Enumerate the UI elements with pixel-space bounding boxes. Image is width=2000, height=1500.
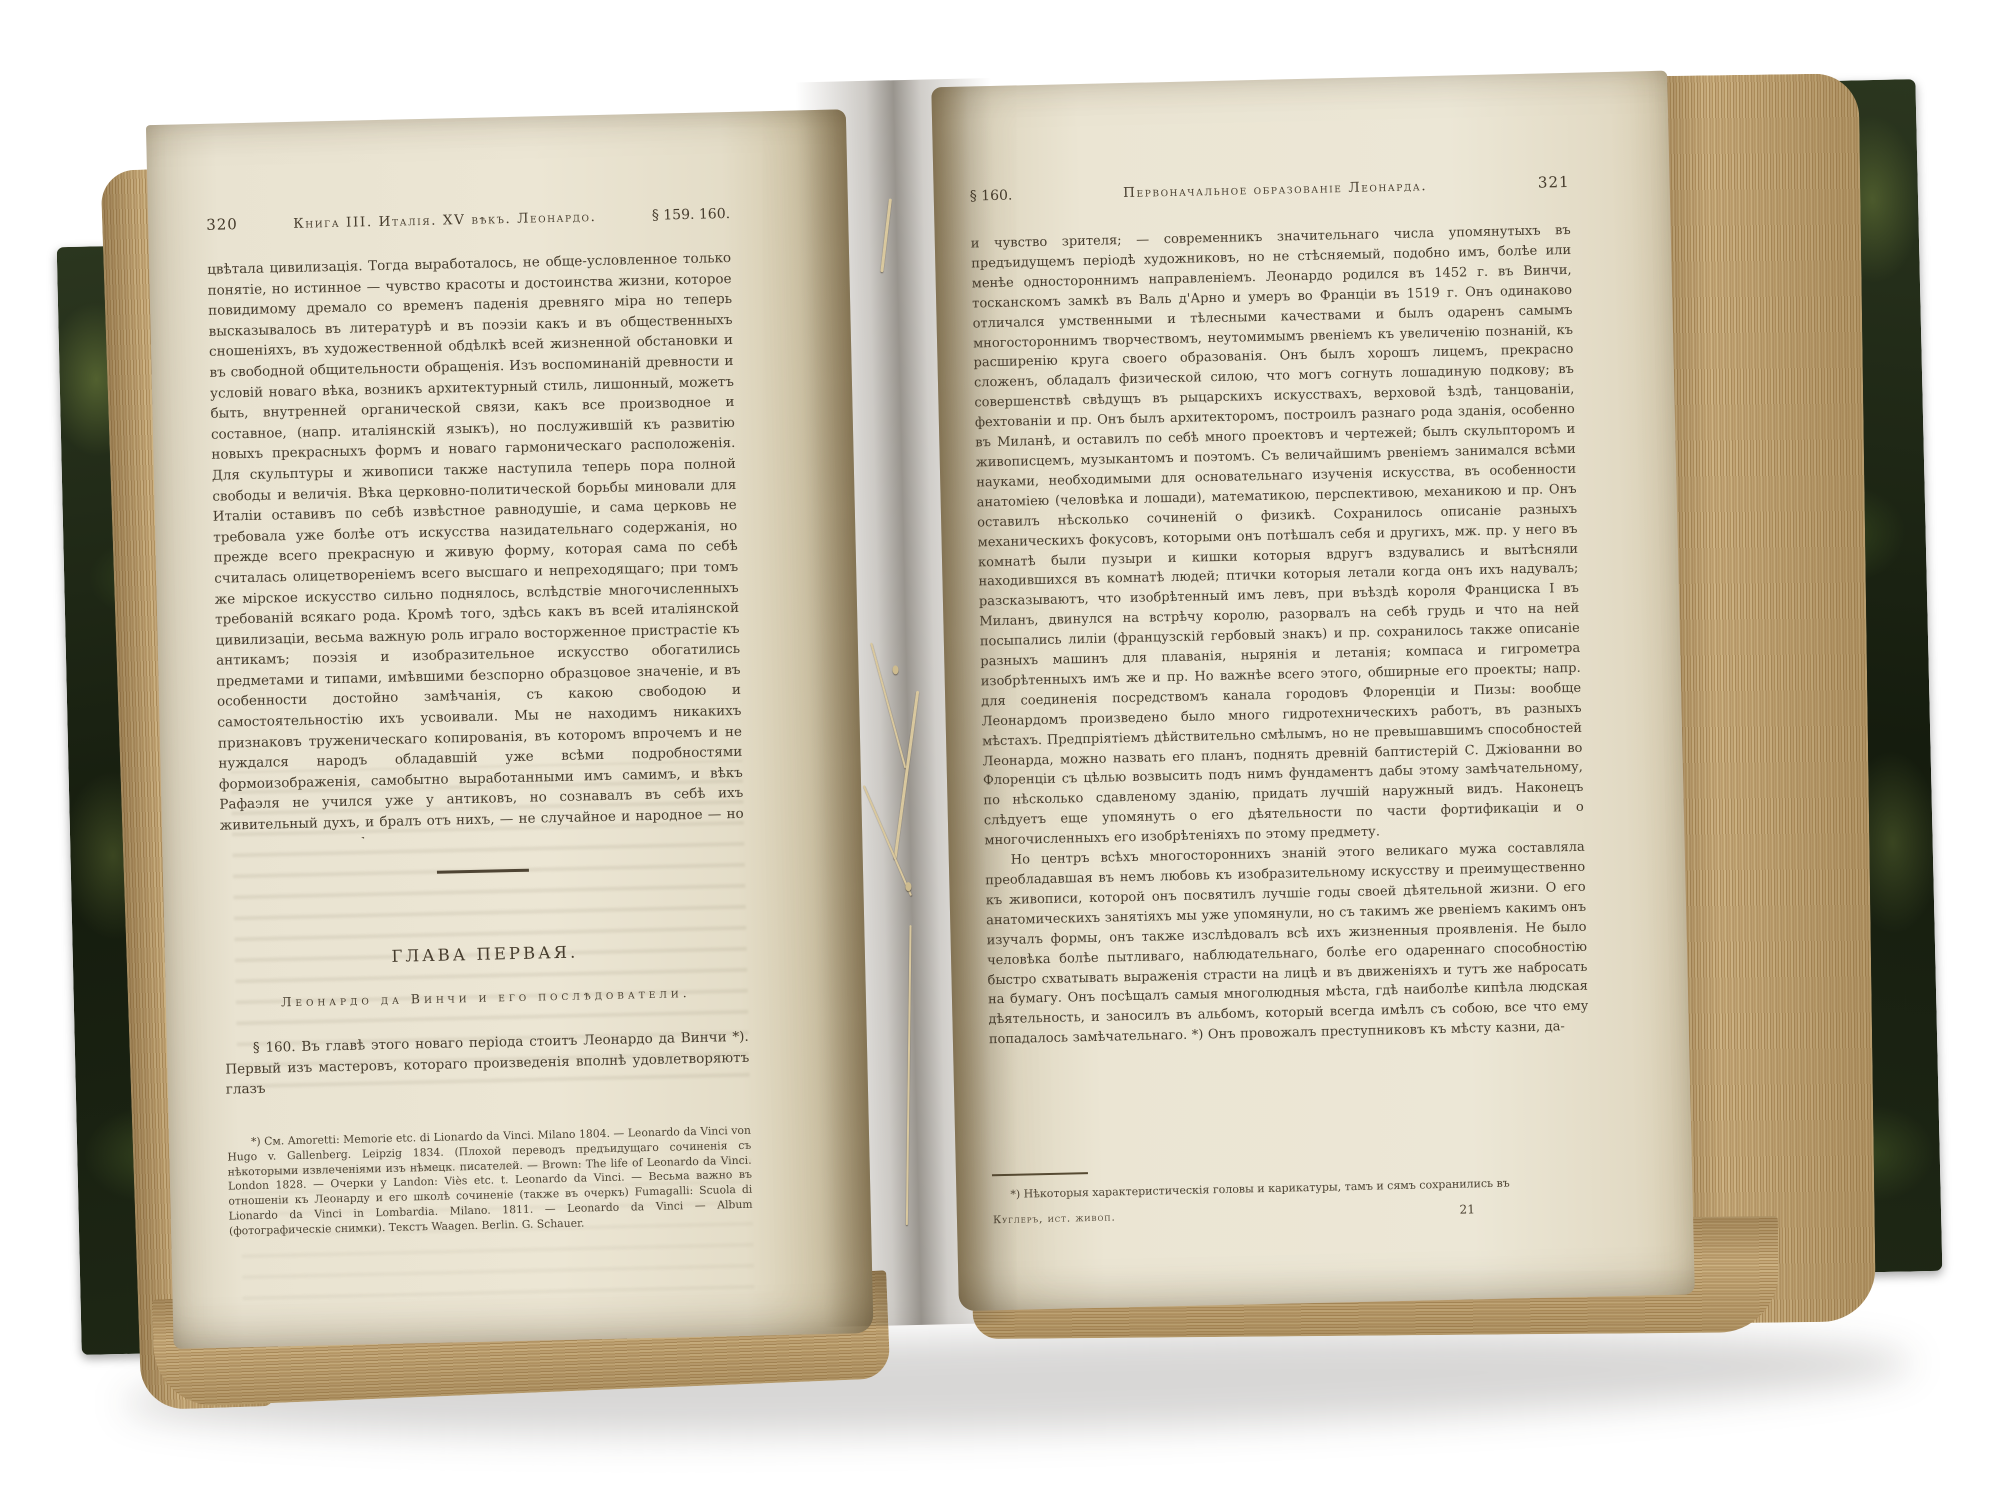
left-page: 320 Книга III. Италія. XV вѣкъ. Леонардо…	[146, 109, 874, 1349]
right-running-title: Первоначальное образованіе Леонарда.	[1123, 178, 1427, 201]
left-body-text: цвѣтала цивилизація. Тогда выработалось,…	[207, 248, 744, 842]
thread	[870, 643, 906, 769]
thread	[863, 785, 912, 896]
open-book: 320 Книга III. Италія. XV вѣкъ. Леонардо…	[53, 57, 1944, 1414]
left-page-content: 320 Книга III. Италія. XV вѣкъ. Леонардо…	[206, 204, 750, 1100]
thread	[893, 691, 919, 860]
section-divider	[437, 869, 529, 874]
right-section-marker: § 160.	[970, 188, 1013, 205]
chapter-heading: ГЛАВА ПЕРВАЯ.	[223, 939, 747, 970]
right-paragraph-2: Но центръ всѣхъ многостороннихъ знаній э…	[985, 838, 1589, 1051]
photo-of-open-book: 320 Книга III. Италія. XV вѣкъ. Леонардо…	[0, 0, 2000, 1500]
thread-knot	[892, 665, 898, 674]
section-160-paragraph: § 160. Въ главѣ этого новаго періода сто…	[225, 1027, 750, 1101]
right-page-header: § 160. Первоначальное образованіе Леонар…	[970, 173, 1570, 205]
right-footnote-block: *) Нѣкоторыя характеристическія головы и…	[992, 1161, 1593, 1228]
right-page-content: § 160. Первоначальное образованіе Леонар…	[970, 173, 1589, 1051]
left-section-marker: § 159. 160.	[652, 206, 731, 224]
left-page-number: 320	[206, 215, 238, 234]
thread	[880, 199, 892, 273]
thread-knot	[905, 882, 911, 891]
right-footnote: *) Нѣкоторыя характеристическія головы и…	[992, 1174, 1592, 1203]
left-page-header: 320 Книга III. Италія. XV вѣкъ. Леонардо…	[206, 204, 730, 234]
right-page-number: 321	[1538, 173, 1570, 192]
thread	[906, 925, 912, 1225]
sheet-number: 21	[1459, 1202, 1475, 1217]
left-running-title: Книга III. Италія. XV вѣкъ. Леонардо.	[293, 209, 597, 232]
signature-row: Куглеръ, ист. живоп. 21	[993, 1200, 1593, 1228]
printer-signature: Куглеръ, ист. живоп.	[993, 1210, 1116, 1228]
chapter-subheading: Леонардо да Винчи и его послѣдователи.	[224, 984, 748, 1011]
right-paragraph-1: и чувство зрителя; — современникъ значит…	[971, 221, 1585, 852]
left-footnote: *) См. Amoretti: Memorie etc. di Lionard…	[227, 1124, 753, 1239]
right-body-text: и чувство зрителя; — современникъ значит…	[971, 221, 1589, 1051]
footnote-rule	[992, 1172, 1088, 1176]
right-page: § 160. Первоначальное образованіе Леонар…	[931, 71, 1695, 1311]
